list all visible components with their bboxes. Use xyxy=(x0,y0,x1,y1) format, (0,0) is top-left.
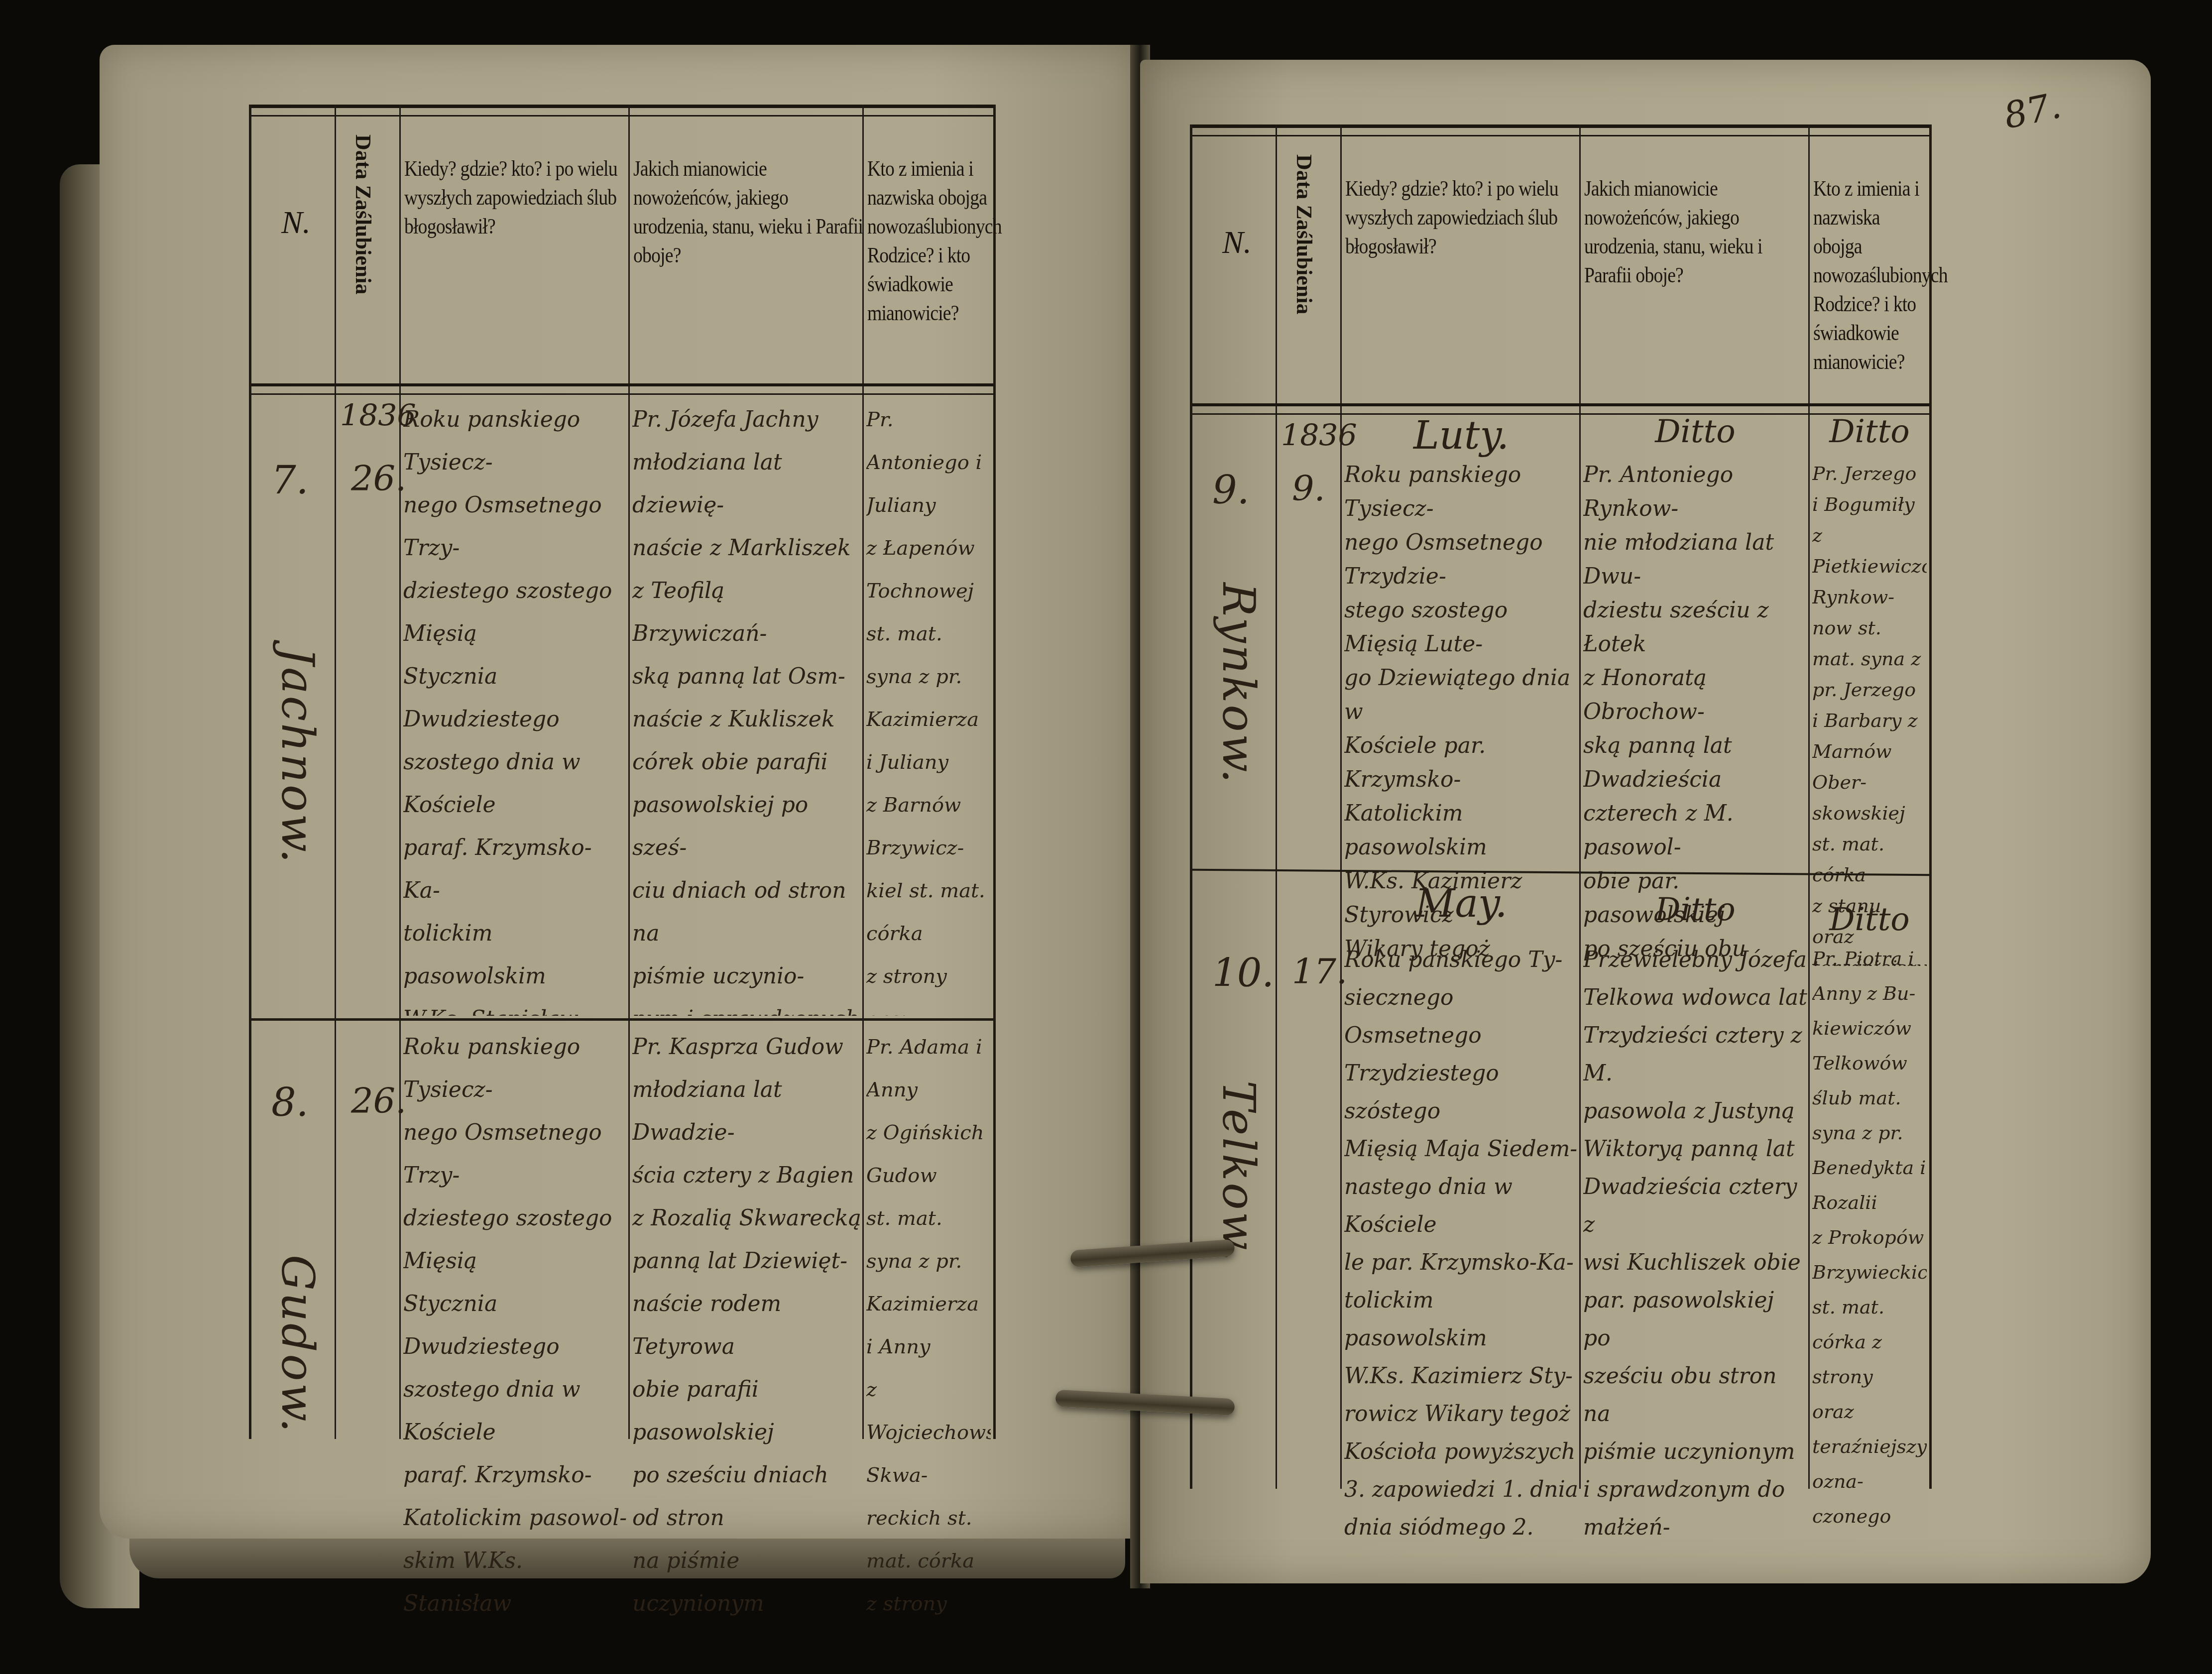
entry-divider xyxy=(251,1018,993,1021)
register-entry: 1836 7. 26. Jachnow. Roku panskiego Tysi… xyxy=(251,398,993,1016)
entry-spouses: Przewielebny Józefa Telkowa wdowca lat T… xyxy=(1583,941,1807,1539)
header-date: Data Zaślubienia xyxy=(1292,154,1316,315)
header-date: Data Zaślubienia xyxy=(351,134,375,295)
entry-number: 9. xyxy=(1212,468,1249,513)
entry-when-where: Roku panskiego Ty- siecznego Osmsetnego … xyxy=(1344,941,1578,1539)
register-entry: 10. 17. Telkow. May. Ditto Ditto Roku pa… xyxy=(1192,881,1929,1479)
entry-number: 7. xyxy=(271,458,308,503)
entry-parents-witnesses: Pr. Adama i Anny z Ogińskich Gudow st. m… xyxy=(866,1026,991,1623)
left-page: N. Data Zaślubienia Kiedy? gdzie? kto? i… xyxy=(100,45,1140,1539)
entry-parents-ditto: Ditto xyxy=(1812,413,1927,450)
header-parents-witnesses: Kto z imienia i nazwiska obojga nowozaśl… xyxy=(1810,174,1936,376)
header-spouses: Jakich mianowicie nowożeńców, jakiego ur… xyxy=(630,154,869,270)
header-bottom-rule xyxy=(251,383,993,395)
entry-surname-margin: Jachnow. xyxy=(271,647,324,865)
entry-spouses: Pr. Kasprza Gudow młodziana lat Dwadzie-… xyxy=(632,1026,861,1623)
entry-day: 26. xyxy=(351,1080,406,1121)
entry-day: 17. xyxy=(1292,951,1347,992)
register-entry: 8. 26. Gudow. Roku panskiego Tysiecz- ne… xyxy=(251,1026,993,1439)
entry-month-heading: Luty. xyxy=(1344,413,1578,458)
entry-spouses-ditto: Ditto xyxy=(1583,891,1807,928)
open-register-book: N. Data Zaślubienia Kiedy? gdzie? kto? i… xyxy=(0,0,2212,1674)
entry-month-heading: May. xyxy=(1344,881,1578,926)
entry-spouses: Pr. Józefa Jachny młodziana lat dziewię-… xyxy=(632,398,861,1016)
entry-surname-margin: Gudow. xyxy=(271,1255,324,1435)
header-number: N. xyxy=(281,204,311,241)
register-table-right: N. Data Zaślubienia Kiedy? gdzie? kto? i… xyxy=(1190,124,1932,1489)
entry-number: 10. xyxy=(1212,951,1274,996)
entry-number: 8. xyxy=(271,1080,308,1125)
header-when-where: Kiedy? gdzie? kto? i po wielu wyszłych z… xyxy=(1342,174,1586,261)
header-when-where: Kiedy? gdzie? kto? i po wielu wyszłych z… xyxy=(401,154,635,241)
entry-surname-margin: Rynkow. xyxy=(1212,583,1265,785)
entry-parents-witnesses: Pr. Antoniego i Juliany z Łapenów Tochno… xyxy=(866,398,991,1016)
entry-when-where: Roku panskiego Tysiecz- nego Osmsetnego … xyxy=(403,398,627,1016)
header-parents-witnesses: Kto z imienia i nazwiska obojga nowozaśl… xyxy=(864,154,1000,328)
entry-when-where: Roku panskiego Tysiecz- nego Osmsetnego … xyxy=(403,1026,627,1623)
right-page: 87. N. Data Zaślubienia Kiedy? gdzie? kt… xyxy=(1140,60,2151,1583)
register-table-left: N. Data Zaślubienia Kiedy? gdzie? kto? i… xyxy=(249,105,996,1439)
entry-parents-witnesses: Pr. Piotra i Anny z Bu- kiewiczów Telkow… xyxy=(1812,941,1927,1539)
entry-day: 9. xyxy=(1292,468,1325,509)
header-spouses: Jakich mianowicie nowożeńców, jakiego ur… xyxy=(1581,174,1815,290)
entry-spouses-ditto: Ditto xyxy=(1583,413,1807,450)
header-number: N. xyxy=(1222,224,1252,261)
entry-surname-margin: Telkow. xyxy=(1212,1080,1265,1263)
page-number: 87. xyxy=(2000,84,2065,137)
entry-parents-ditto: Ditto xyxy=(1812,901,1927,938)
entry-day: 26. xyxy=(351,458,406,499)
